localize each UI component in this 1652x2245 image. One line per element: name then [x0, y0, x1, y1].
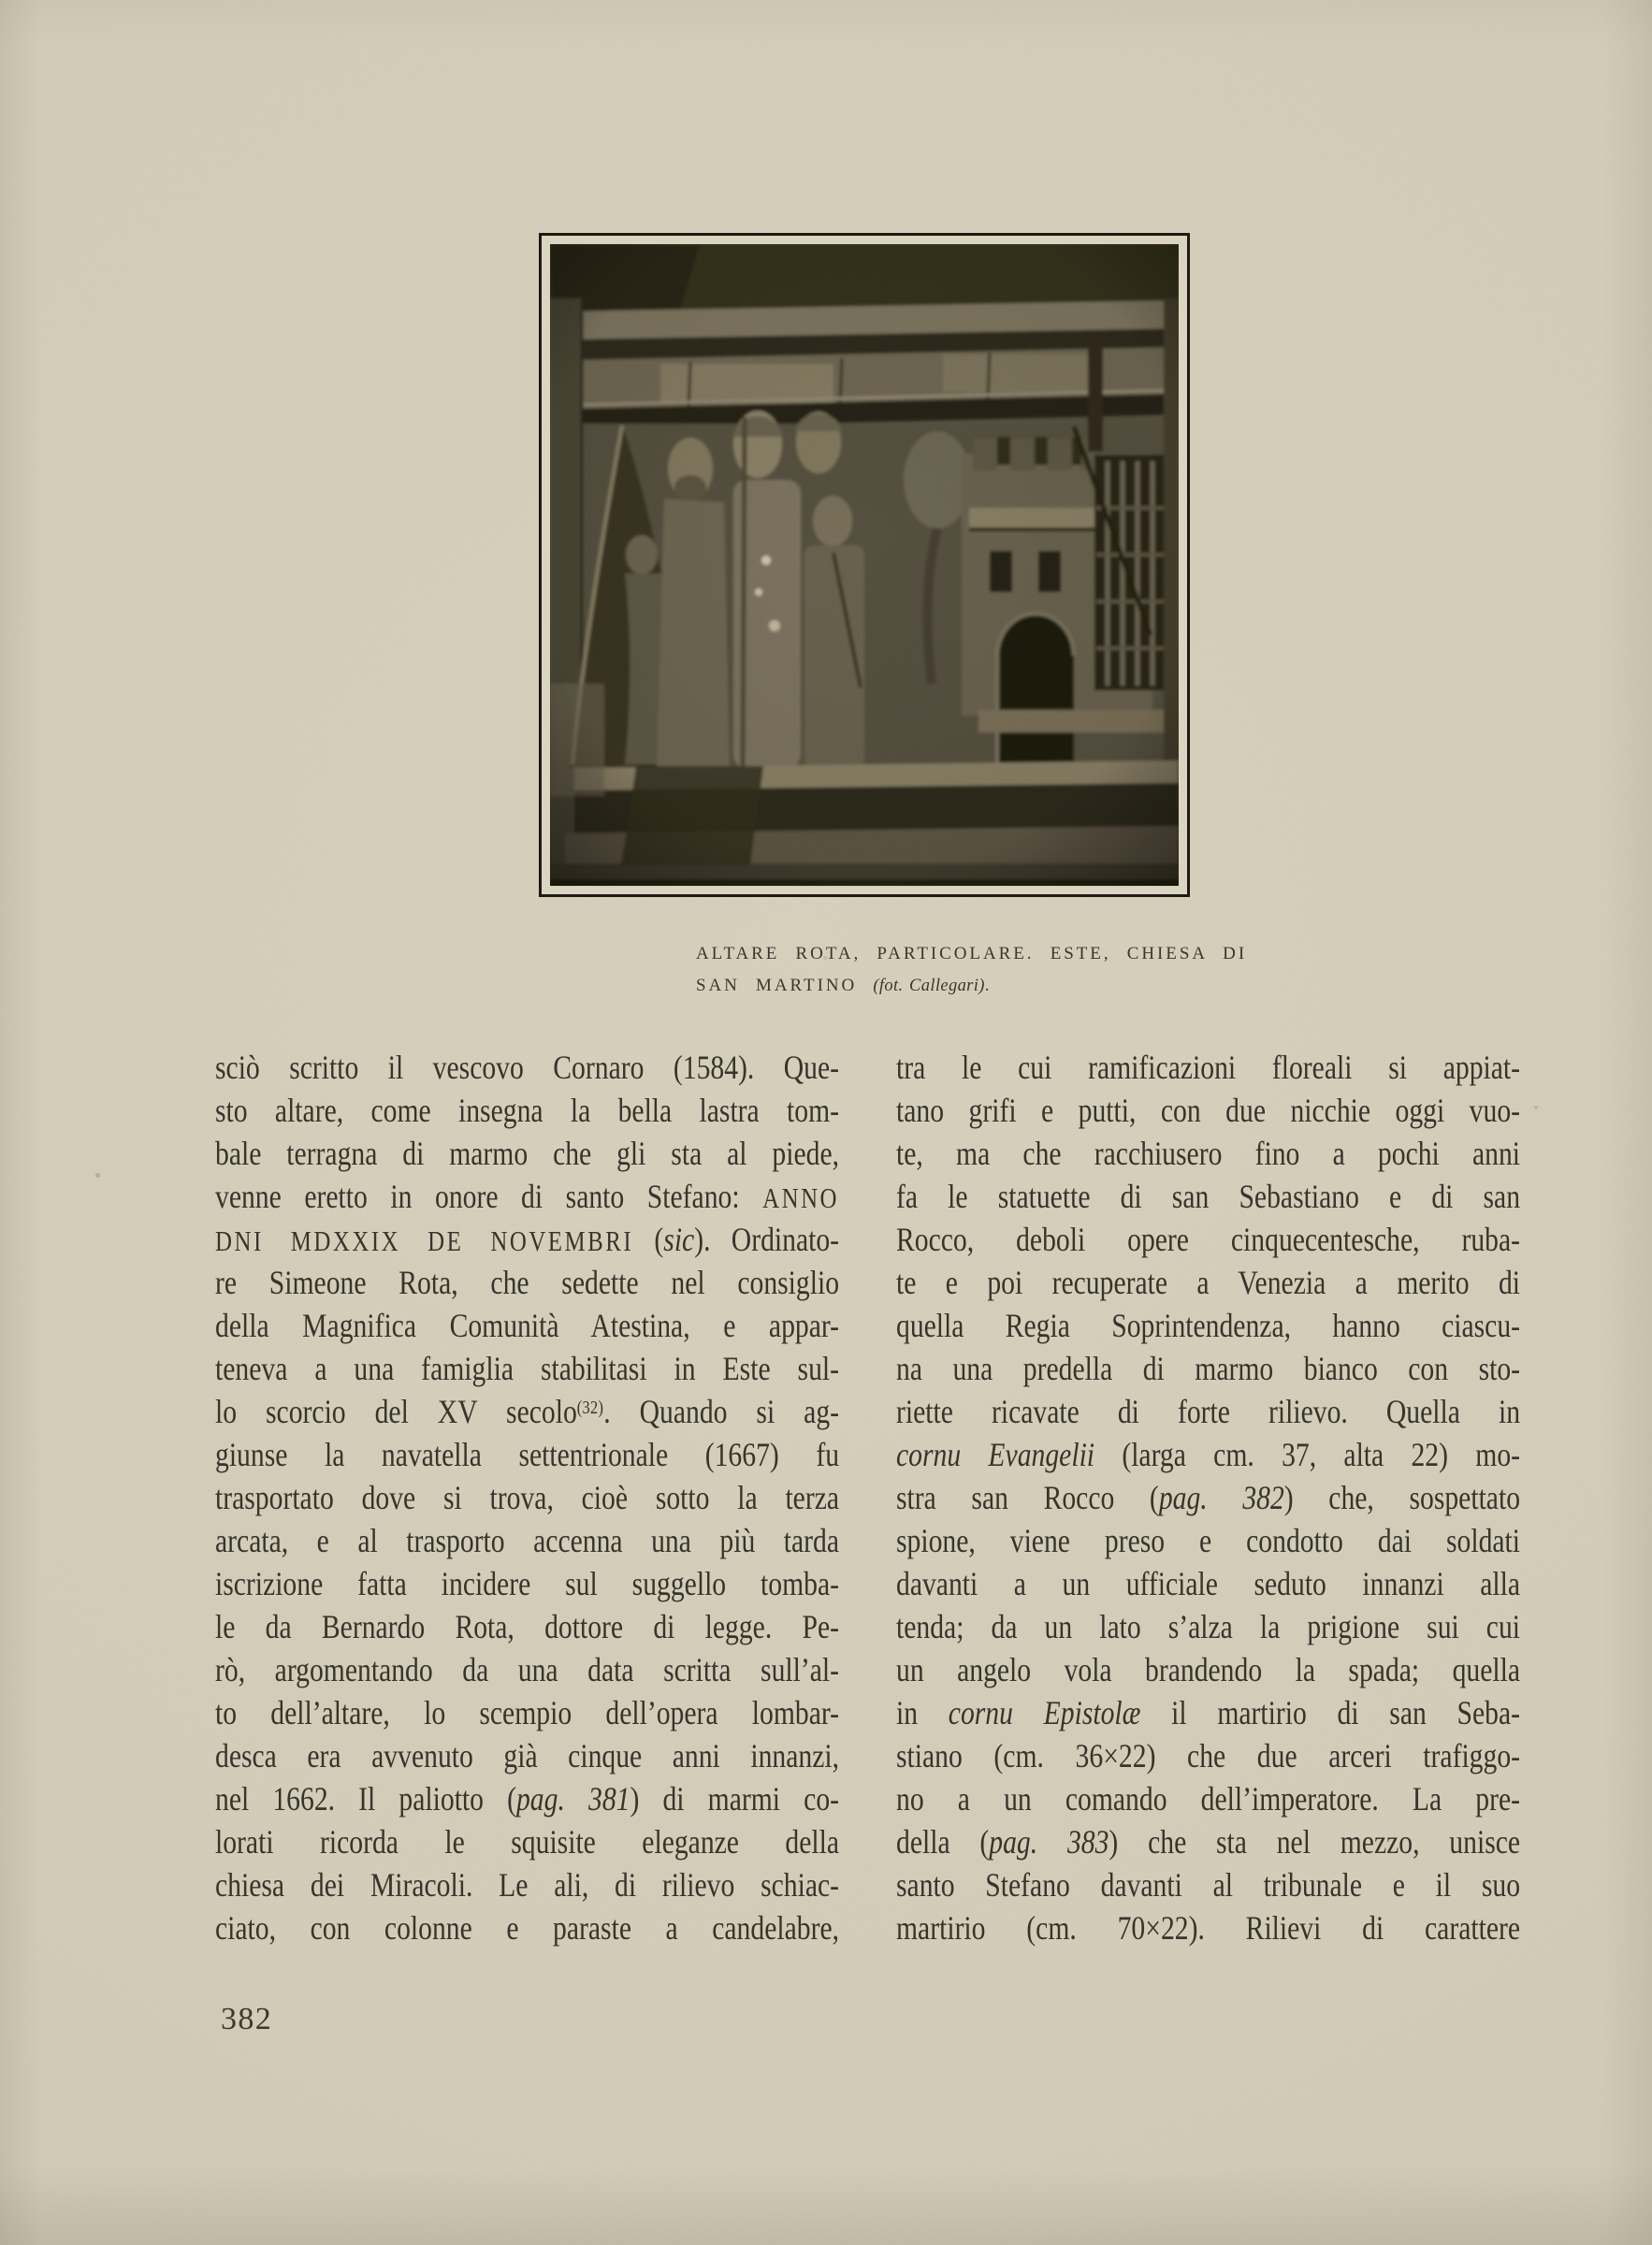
text-segment: nel 1662. Il paliotto ( [215, 1780, 516, 1818]
text-column-left: sciò scritto il vescovo Cornaro (1584). … [215, 1046, 839, 1949]
photo-caption: ALTARE ROTA, PARTICOLARE. ESTE, CHIESA D… [696, 938, 1257, 1002]
text-segment: stiano (cm. 36×22) che due arceri trafig… [896, 1737, 1520, 1774]
bas-relief-photo [550, 244, 1179, 886]
paper-speck [1534, 1106, 1538, 1109]
text-line: no a un comando dell’imperatore. La pre- [896, 1777, 1520, 1820]
text-segment-sc: ANNO [762, 1182, 839, 1214]
text-segment: il martirio di san Seba- [1140, 1694, 1520, 1731]
text-line: giunse la navatella settentrionale (1667… [215, 1433, 839, 1476]
text-segment: chiesa dei Miracoli. Le ali, di rilievo … [215, 1866, 839, 1904]
caption-line-2: SAN MARTINO (fot. Callegari). [696, 970, 1257, 1002]
text-segment: ( [633, 1221, 663, 1258]
text-segment: spione, viene preso e condotto dai solda… [896, 1522, 1520, 1559]
text-line: della Magnifica Comunità Atestina, e app… [215, 1304, 839, 1347]
text-line: in cornu Epistolæ il martirio di san Seb… [896, 1691, 1520, 1734]
caption-credit: (fot. Callegari) [873, 977, 984, 995]
text-line: quella Regia Soprintendenza, hanno ciasc… [896, 1304, 1520, 1347]
text-segment: santo Stefano davanti al tribunale e il … [896, 1866, 1520, 1904]
text-segment: in [896, 1694, 949, 1731]
text-line: te, ma che racchiusero fino a pochi anni [896, 1132, 1520, 1175]
text-segment: (larga cm. 37, alta 22) mo- [1094, 1436, 1520, 1473]
text-line: chiesa dei Miracoli. Le ali, di rilievo … [215, 1863, 839, 1906]
text-line: Rocco, deboli opere cinquecentesche, rub… [896, 1218, 1520, 1261]
text-segment: le da Bernardo Rota, dottore di legge. P… [215, 1608, 839, 1645]
text-line: un angelo vola brandendo la spada; quell… [896, 1648, 1520, 1691]
caption-line-1: ALTARE ROTA, PARTICOLARE. ESTE, CHIESA D… [696, 938, 1257, 970]
text-segment: ) che, sospettato [1284, 1479, 1520, 1516]
text-line: martirio (cm. 70×22). Rilievi di caratte… [896, 1906, 1520, 1949]
paper-speck [95, 1173, 100, 1178]
text-segment: ). Ordinato- [694, 1221, 839, 1258]
text-line: spione, viene preso e condotto dai solda… [896, 1519, 1520, 1562]
text-segment-i: pag. 383 [989, 1823, 1109, 1861]
text-line: ciato, con colonne e paraste a candelabr… [215, 1906, 839, 1949]
text-segment: fa le statuette di san Sebastiano e di s… [896, 1178, 1520, 1215]
text-segment-i: sic [663, 1221, 694, 1258]
text-line: riette ricavate di forte rilievo. Quella… [896, 1390, 1520, 1433]
text-line: desca era avvenuto già cinque anni innan… [215, 1734, 839, 1777]
text-segment-i: pag. 382 [1159, 1479, 1284, 1516]
text-segment-i: cornu Epistolæ [949, 1694, 1141, 1731]
text-segment: arcata, e al trasporto accenna una più t… [215, 1522, 839, 1559]
text-segment: tenda; da un lato s’alza la prigione sui… [896, 1608, 1520, 1645]
text-segment: venne eretto in onore di santo Stefano: [215, 1178, 762, 1215]
text-line: santo Stefano davanti al tribunale e il … [896, 1863, 1520, 1906]
text-segment-i: pag. 381 [516, 1780, 630, 1818]
text-segment: martirio (cm. 70×22). Rilievi di caratte… [896, 1909, 1520, 1947]
text-line: arcata, e al trasporto accenna una più t… [215, 1519, 839, 1562]
text-segment: tra le cui ramificazioni floreali si app… [896, 1049, 1520, 1086]
text-line: teneva a una famiglia stabilitasi in Est… [215, 1347, 839, 1390]
text-line: re Simeone Rota, che sedette nel consigl… [215, 1261, 839, 1304]
text-segment: giunse la navatella settentrionale (1667… [215, 1436, 839, 1473]
text-column-right: tra le cui ramificazioni floreali si app… [896, 1046, 1520, 1949]
text-segment-i: cornu Evangelii [896, 1436, 1094, 1473]
text-segment: della Magnifica Comunità Atestina, e app… [215, 1307, 839, 1344]
text-line: tenda; da un lato s’alza la prigione sui… [896, 1605, 1520, 1648]
text-segment: riette ricavate di forte rilievo. Quella… [896, 1393, 1520, 1430]
caption-text: ALTARE ROTA, PARTICOLARE. ESTE, CHIESA D… [696, 944, 1247, 963]
text-segment: Rocco, deboli opere cinquecentesche, rub… [896, 1221, 1520, 1258]
text-line: na una predella di marmo bianco con sto- [896, 1347, 1520, 1390]
text-segment: te e poi recuperate a Venezia a merito d… [896, 1264, 1520, 1301]
text-line: venne eretto in onore di santo Stefano: … [215, 1175, 839, 1218]
book-page: ALTARE ROTA, PARTICOLARE. ESTE, CHIESA D… [0, 0, 1652, 2245]
caption-text: SAN MARTINO [696, 976, 873, 995]
text-line: sto altare, come insegna la bella lastra… [215, 1089, 839, 1132]
text-segment: trasportato dove si trova, cioè sotto la… [215, 1479, 839, 1516]
photo-frame [539, 233, 1190, 897]
text-segment: re Simeone Rota, che sedette nel consigl… [215, 1264, 839, 1301]
text-line: nel 1662. Il paliotto (pag. 381) di marm… [215, 1777, 839, 1820]
text-line: tano grifi e putti, con due nicchie oggi… [896, 1089, 1520, 1132]
text-line: della (pag. 383) che sta nel mezzo, unis… [896, 1820, 1520, 1863]
text-line: te e poi recuperate a Venezia a merito d… [896, 1261, 1520, 1304]
text-segment: sciò scritto il vescovo Cornaro (1584). … [215, 1049, 839, 1086]
text-segment: ciato, con colonne e paraste a candelabr… [215, 1909, 839, 1947]
text-line: lo scorcio del XV secolo(32). Quando si … [215, 1390, 839, 1433]
text-segment: ) di marmi co- [630, 1780, 839, 1818]
text-line: DNI MDXXIX DE NOVEMBRI (sic). Ordinato- [215, 1218, 839, 1261]
text-segment: rò, argomentando da una data scritta sul… [215, 1651, 839, 1688]
text-segment: della ( [896, 1823, 989, 1861]
text-segment: sto altare, come insegna la bella lastra… [215, 1092, 839, 1129]
page-number: 382 [221, 2002, 272, 2037]
text-line: le da Bernardo Rota, dottore di legge. P… [215, 1605, 839, 1648]
text-line: lorati ricorda le squisite eleganze dell… [215, 1820, 839, 1863]
text-line: trasportato dove si trova, cioè sotto la… [215, 1476, 839, 1519]
text-segment: lorati ricorda le squisite eleganze dell… [215, 1823, 839, 1861]
text-segment: teneva a una famiglia stabilitasi in Est… [215, 1350, 839, 1387]
text-segment: . Quando si ag- [603, 1393, 839, 1430]
caption-period: . [985, 976, 993, 995]
text-line: bale terragna di marmo che gli sta al pi… [215, 1132, 839, 1175]
text-segment: te, ma che racchiusero fino a pochi anni [896, 1135, 1520, 1172]
text-line: cornu Evangelii (larga cm. 37, alta 22) … [896, 1433, 1520, 1476]
text-segment: quella Regia Soprintendenza, hanno ciasc… [896, 1307, 1520, 1344]
text-segment: ) che sta nel mezzo, unisce [1109, 1823, 1520, 1861]
text-line: sciò scritto il vescovo Cornaro (1584). … [215, 1046, 839, 1089]
text-segment: un angelo vola brandendo la spada; quell… [896, 1651, 1520, 1688]
text-line: stra san Rocco (pag. 382) che, sospettat… [896, 1476, 1520, 1519]
text-segment: tano grifi e putti, con due nicchie oggi… [896, 1092, 1520, 1129]
text-segment: lo scorcio del XV secolo [215, 1393, 577, 1430]
text-line: stiano (cm. 36×22) che due arceri trafig… [896, 1734, 1520, 1777]
text-segment: na una predella di marmo bianco con sto- [896, 1350, 1520, 1387]
text-segment: iscrizione fatta incidere sul suggello t… [215, 1565, 839, 1602]
text-line: davanti a un ufficiale seduto innanzi al… [896, 1562, 1520, 1605]
text-line: iscrizione fatta incidere sul suggello t… [215, 1562, 839, 1605]
text-segment: desca era avvenuto già cinque anni innan… [215, 1737, 839, 1774]
text-segment-sc: DNI MDXXIX DE NOVEMBRI [215, 1225, 633, 1257]
text-segment-sup: (32) [577, 1398, 603, 1418]
text-segment: stra san Rocco ( [896, 1479, 1159, 1516]
text-line: to dell’altare, lo scempio dell’opera lo… [215, 1691, 839, 1734]
text-segment: to dell’altare, lo scempio dell’opera lo… [215, 1694, 839, 1731]
text-line: tra le cui ramificazioni floreali si app… [896, 1046, 1520, 1089]
text-segment: bale terragna di marmo che gli sta al pi… [215, 1135, 839, 1172]
text-segment: davanti a un ufficiale seduto innanzi al… [896, 1565, 1520, 1602]
text-segment: no a un comando dell’imperatore. La pre- [896, 1780, 1520, 1818]
text-line: rò, argomentando da una data scritta sul… [215, 1648, 839, 1691]
text-line: fa le statuette di san Sebastiano e di s… [896, 1175, 1520, 1218]
plate [539, 233, 1190, 897]
